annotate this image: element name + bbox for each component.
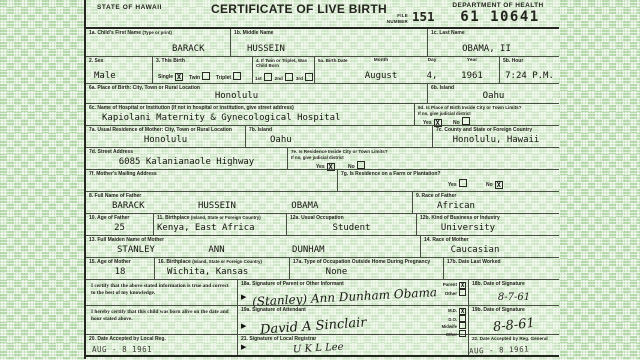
field-label: 7b. Island xyxy=(246,126,432,133)
field-label: 6b. Island xyxy=(428,84,559,91)
field-value: Oahu xyxy=(246,136,432,147)
field-label: 13. Full Maiden Name of Mother xyxy=(86,236,420,243)
option-no: No xyxy=(348,164,365,170)
field-mother-age: 15. Age of Mother 18 xyxy=(86,258,154,279)
field-label: 20. Date Accepted by Local Reg. xyxy=(86,335,237,342)
field-reg-general-date: 22. Date Accepted by Reg. General AUG - … xyxy=(468,335,559,355)
birth-month: Month August xyxy=(350,57,412,83)
checkbox-no: X xyxy=(495,181,503,189)
checkbox-1st xyxy=(264,73,272,81)
field-parent-signature-date: 18b. Date of Signature 8-7-61 xyxy=(468,280,559,305)
field-child-middle-name: 1b. Middle Name HUSSEIN xyxy=(230,29,427,56)
row-mailing-address: 7f. Mother's Mailing Address 7g. Is Resi… xyxy=(86,170,559,192)
field-label: 9. Race of Father xyxy=(413,192,559,199)
checkbox-twin xyxy=(202,72,210,80)
checkbox-triplet xyxy=(233,72,241,80)
field-value: Oahu xyxy=(428,92,559,103)
field-label: 5a. Birth Date xyxy=(315,57,350,83)
field-father-birthplace: 11. Birthplace (Island, State or Foreign… xyxy=(153,214,286,235)
field-birth-island: 6b. Island Oahu xyxy=(427,84,559,103)
state-name: STATE OF HAWAII xyxy=(97,4,162,11)
option-yes: YesX xyxy=(423,120,442,126)
option-md: M.D.X xyxy=(442,308,466,315)
field-label-note: (Island, State or Foreign Country) xyxy=(191,215,261,220)
option-yes: YesX xyxy=(316,164,335,170)
row-registrar: 20. Date Accepted by Local Reg. AUG - 8 … xyxy=(86,335,559,357)
checkbox-yes xyxy=(459,179,467,187)
field-value: 25 xyxy=(86,224,153,235)
checkbox-do xyxy=(459,315,466,322)
field-parent-signature: 18a. Signature of Parent or Other Inform… xyxy=(237,280,468,305)
field-mother-occupation: 17a. Type of Occupation Outside Home Dur… xyxy=(289,258,443,279)
field-value: African xyxy=(413,202,559,213)
option-1st: 1st xyxy=(255,73,272,81)
field-label: 12a. Usual Occupation xyxy=(287,214,416,221)
field-value: Kapiolani Maternity & Gynecological Hosp… xyxy=(86,114,414,125)
field-label: 5b. Hour xyxy=(500,57,559,64)
checkbox-no xyxy=(462,117,470,125)
field-label: 1b. Middle Name xyxy=(231,29,427,36)
parent-certification-statement: I certify that the above stated informat… xyxy=(86,280,237,305)
row-street-address: 7d. Street Address 6085 Kalanianaole Hig… xyxy=(86,148,559,170)
field-label: 21. Signature of Local Registrar xyxy=(238,335,468,342)
row-child-name: 1a. Child's First Name (Type or print) B… xyxy=(86,29,559,57)
signature-arrow-icon: ▶ xyxy=(241,343,246,351)
field-father-industry: 12b. Kind of Business or Industry Univer… xyxy=(416,214,559,235)
field-birth-place: 6a. Place of Birth: City, Town or Rural … xyxy=(86,84,427,103)
row-attendant-signature: I hereby certify that this child was bor… xyxy=(86,306,559,335)
field-label: 18b. Date of Signature xyxy=(469,280,559,287)
checkbox-midwife xyxy=(459,322,466,329)
field-value: BARACK HUSSEIN OBAMA xyxy=(86,202,412,213)
field-label: 17b. Date Last Worked xyxy=(444,258,559,265)
field-value: Caucasian xyxy=(421,246,559,257)
field-label: 11. Birthplace xyxy=(157,215,190,221)
field-date-last-worked: 17b. Date Last Worked xyxy=(443,258,559,279)
field-label: 8. Full Name of Father xyxy=(86,192,412,199)
field-child-last-name: 1c. Last Name OBAMA, II xyxy=(427,29,559,56)
field-street-address: 7d. Street Address 6085 Kalanianaole Hig… xyxy=(86,148,287,169)
row-mother-details: 15. Age of Mother 18 16. Birthplace (Isl… xyxy=(86,258,559,280)
department-name: DEPARTMENT OF HEALTH xyxy=(438,2,558,9)
certificate-number: 61 10641 xyxy=(448,9,552,25)
field-label: 12b. Kind of Business or Industry xyxy=(417,214,559,221)
field-value: STANLEY ANN DUNHAM xyxy=(86,246,420,257)
field-father-occupation: 12a. Usual Occupation Student xyxy=(286,214,416,235)
field-hospital: 6c. Name of Hospital or Institution (If … xyxy=(86,104,414,125)
attendant-certification-statement: I hereby certify that this child was bor… xyxy=(86,306,237,334)
field-child-first-name: 1a. Child's First Name (Type or print) B… xyxy=(86,29,230,56)
field-value: Kenya, East Africa xyxy=(154,224,286,235)
checkbox-other xyxy=(459,289,466,296)
row-father-details: 10. Age of Father 25 11. Birthplace (Isl… xyxy=(86,214,559,236)
field-label: 7c. County and State or Foreign Country xyxy=(433,126,559,133)
field-local-registrar-signature: 21. Signature of Local Registrar ▶ U K L… xyxy=(237,335,468,355)
row-hospital: 6c. Name of Hospital or Institution (If … xyxy=(86,104,559,126)
option-3rd: 3rd xyxy=(296,73,313,81)
row-sex-birth-date: 2. Sex Male 3. This Birth SingleX Twin T… xyxy=(86,57,559,84)
birth-day: Day 4, xyxy=(412,57,452,83)
option-do: D.O. xyxy=(442,315,466,322)
file-number-label-2: NUMBER xyxy=(380,19,408,24)
row-mother-name: 13. Full Maiden Name of Mother STANLEY A… xyxy=(86,236,559,258)
field-label: 15. Age of Mother xyxy=(86,258,154,265)
birth-year: Year 1961 xyxy=(452,57,492,83)
field-value: Student xyxy=(287,224,416,235)
field-label: 7f. Mother's Mailing Address xyxy=(86,170,337,177)
field-this-birth: 3. This Birth SingleX Twin Triplet xyxy=(152,57,252,83)
option-parent: ParentX xyxy=(443,282,466,289)
row-father-name: 8. Full Name of Father BARACK HUSSEIN OB… xyxy=(86,192,559,214)
certificate-form: STATE OF HAWAII CERTIFICATE OF LIVE BIRT… xyxy=(84,0,559,359)
field-value: HUSSEIN xyxy=(231,45,427,56)
field-label-note: (Island, State or Foreign Country) xyxy=(192,259,262,264)
checkbox-no xyxy=(357,161,365,169)
field-label: 6a. Place of Birth: City, Town or Rural … xyxy=(86,84,427,91)
field-value: Wichita, Kansas xyxy=(155,268,289,279)
birth-certificate-document: STATE OF HAWAII CERTIFICATE OF LIVE BIRT… xyxy=(0,0,640,360)
certificate-title: CERTIFICATE OF LIVE BIRTH xyxy=(202,2,396,16)
field-mailing-address: 7f. Mother's Mailing Address xyxy=(86,170,337,191)
field-value: Honolulu xyxy=(86,92,427,103)
date-stamp: AUG - 8 1961 xyxy=(86,346,237,356)
row-residence: 7a. Usual Residence of Mother: City, Tow… xyxy=(86,126,559,148)
field-value: 6085 Kalanianaole Highway xyxy=(86,158,287,169)
field-father-race: 9. Race of Father African xyxy=(412,192,559,213)
field-value: BARACK xyxy=(86,45,230,56)
field-twin-order: 4. If Twin or Triplet, Was Child Born 1s… xyxy=(252,57,314,83)
field-hour: 5b. Hour 7:24 P.M. xyxy=(499,57,559,83)
checkbox-md: X xyxy=(459,308,466,315)
checkbox-3rd xyxy=(305,73,313,81)
option-midwife: Midwife xyxy=(442,322,466,329)
field-label: 16. Birthplace xyxy=(158,259,191,265)
field-value: Male xyxy=(86,72,152,83)
field-value xyxy=(444,277,559,279)
option-yes: Yes xyxy=(448,182,467,188)
signature-arrow-icon: ▶ xyxy=(241,322,246,330)
field-label: 22. Date Accepted by Reg. General xyxy=(469,335,559,342)
field-mother-name: 13. Full Maiden Name of Mother STANLEY A… xyxy=(86,236,420,257)
field-local-reg-date: 20. Date Accepted by Local Reg. AUG - 8 … xyxy=(86,335,237,355)
registrar-signature: U K L Lee xyxy=(293,342,344,356)
field-value: OBAMA, II xyxy=(428,45,559,56)
option-no: NoX xyxy=(486,182,503,188)
signature-arrow-icon: ▶ xyxy=(241,293,246,301)
certificate-header: STATE OF HAWAII CERTIFICATE OF LIVE BIRT… xyxy=(86,0,559,29)
field-value: 7:24 P.M. xyxy=(500,72,559,83)
field-label: 7g. Is Residence on a Farm or Plantation… xyxy=(338,170,559,177)
field-label: 4. If Twin or Triplet, Was Child Born xyxy=(253,57,314,69)
file-number-label-1: FILE xyxy=(380,13,408,18)
option-2nd: 2nd xyxy=(275,73,293,81)
row-place-of-birth: 6a. Place of Birth: City, Town or Rural … xyxy=(86,84,559,104)
field-farm-plantation: 7g. Is Residence on a Farm or Plantation… xyxy=(337,170,559,191)
checkbox-2nd xyxy=(285,73,293,81)
field-father-name: 8. Full Name of Father BARACK HUSSEIN OB… xyxy=(86,192,412,213)
file-number: 151 xyxy=(412,9,435,24)
field-label: 17a. Type of Occupation Outside Home Dur… xyxy=(290,258,443,265)
checkbox-single: X xyxy=(175,73,183,81)
field-value xyxy=(86,189,337,191)
row-parent-signature: I certify that the above stated informat… xyxy=(86,280,559,306)
field-sex: 2. Sex Male xyxy=(86,57,152,83)
field-label: 2. Sex xyxy=(86,57,152,64)
field-value: Honolulu, Hawaii xyxy=(433,136,559,147)
field-birth-date: 5a. Birth Date Month August Day 4, Year … xyxy=(314,57,499,83)
field-label: 19a. Signature of Attendant xyxy=(238,306,468,313)
field-mother-birthplace: 16. Birthplace (Island, State or Foreign… xyxy=(154,258,289,279)
option-triplet: Triplet xyxy=(216,72,241,81)
field-residence-island: 7b. Island Oahu xyxy=(245,126,432,147)
field-residence-city: 7a. Usual Residence of Mother: City, Tow… xyxy=(86,126,245,147)
field-label: 19b. Date of Signature xyxy=(469,306,559,313)
field-label-note: (Type or print) xyxy=(142,30,171,35)
field-attendant-signature: 19a. Signature of Attendant ▶ David A Si… xyxy=(237,306,468,334)
field-residence-county: 7c. County and State or Foreign Country … xyxy=(432,126,559,147)
option-single: SingleX xyxy=(158,73,183,81)
field-label: 1a. Child's First Name xyxy=(89,30,141,36)
field-residence-limits: 7e. Is Residence Inside City or Town Lim… xyxy=(287,148,559,169)
field-father-age: 10. Age of Father 25 xyxy=(86,214,153,235)
checkbox-parent: X xyxy=(459,282,466,289)
field-value: University xyxy=(417,224,559,235)
field-mother-race: 14. Race of Mother Caucasian xyxy=(420,236,559,257)
field-value: None xyxy=(290,268,443,279)
field-label: 3. This Birth xyxy=(153,57,252,64)
field-birth-limits: 6d. Is Place of Birth Inside City or Tow… xyxy=(414,104,559,125)
field-label: 10. Age of Father xyxy=(86,214,153,221)
field-label: 7d. Street Address xyxy=(86,148,287,155)
field-value: 18 xyxy=(86,268,154,279)
field-value: 8-7-61 xyxy=(469,293,559,305)
field-label: 7a. Usual Residence of Mother: City, Tow… xyxy=(86,126,245,133)
field-label: 1c. Last Name xyxy=(428,29,559,36)
field-attendant-signature-date: 19b. Date of Signature 8-8-61 xyxy=(468,306,559,334)
option-no: No xyxy=(453,120,470,126)
date-stamp: AUG - 8 1961 xyxy=(469,344,559,357)
field-label: 14. Race of Mother xyxy=(421,236,559,243)
option-other: Other xyxy=(443,289,466,297)
option-twin: Twin xyxy=(189,72,210,81)
field-label: 6c. Name of Hospital or Institution (If … xyxy=(86,104,414,111)
field-value: Honolulu xyxy=(86,136,245,147)
